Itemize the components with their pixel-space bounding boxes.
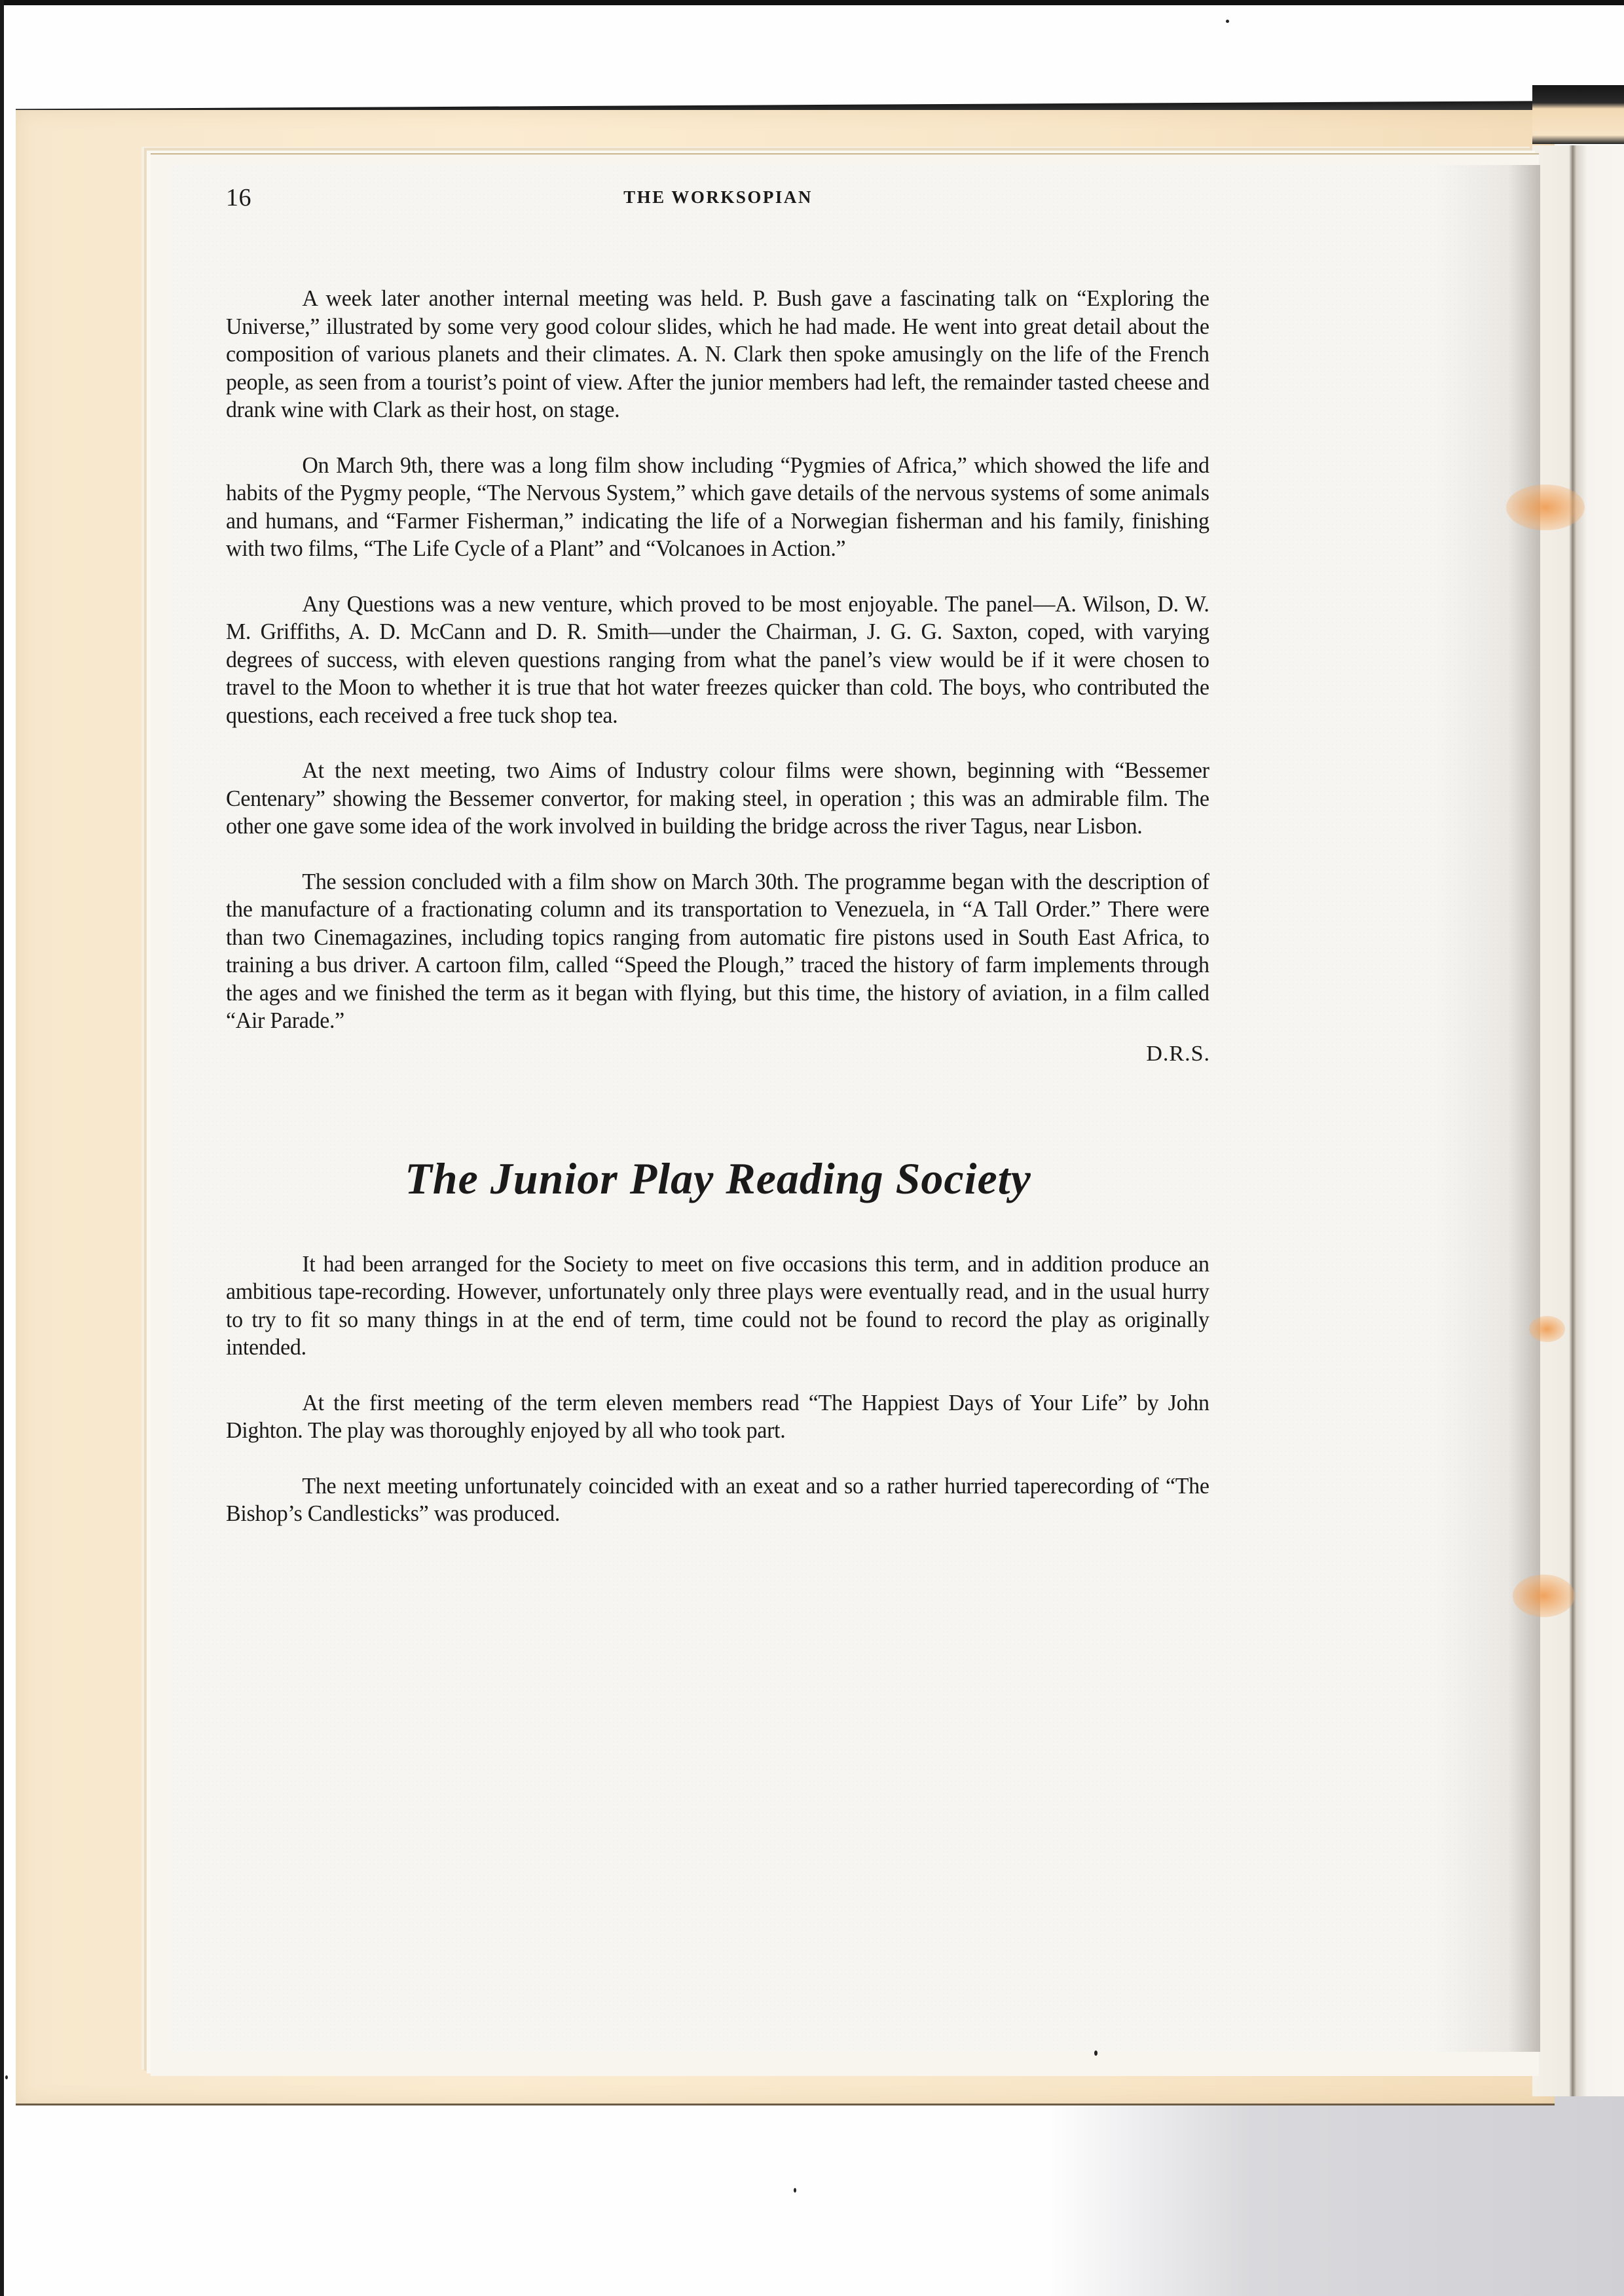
paragraph: It had been arranged for the Society to … bbox=[226, 1250, 1209, 1362]
dust-speck bbox=[794, 2188, 796, 2193]
running-header: 16 THE WORKSOPIAN bbox=[226, 183, 1210, 223]
dust-speck bbox=[1094, 2050, 1098, 2056]
article-film-society: A week later another internal meeting wa… bbox=[226, 285, 1210, 1066]
dust-speck bbox=[5, 2075, 8, 2079]
stain-mark bbox=[1513, 1575, 1575, 1617]
dust-speck bbox=[1226, 20, 1229, 23]
publication-title: THE WORKSOPIAN bbox=[226, 187, 1210, 208]
paragraph: A week later another internal meeting wa… bbox=[226, 285, 1209, 424]
facing-page-edge bbox=[1532, 145, 1624, 2096]
stain-mark bbox=[1529, 1316, 1565, 1342]
author-initials: D.R.S. bbox=[226, 1042, 1210, 1066]
paragraph: The next meeting unfortunately coincided… bbox=[226, 1472, 1209, 1528]
section-heading: The Junior Play Reading Society bbox=[226, 1153, 1210, 1205]
article-play-reading-society: It had been arranged for the Society to … bbox=[226, 1250, 1210, 1528]
stain-mark bbox=[1506, 484, 1585, 530]
scanner-top-edge bbox=[0, 0, 1624, 5]
page-content: 16 THE WORKSOPIAN A week later another i… bbox=[226, 183, 1210, 1556]
paragraph: At the first meeting of the term eleven … bbox=[226, 1389, 1209, 1445]
paragraph: Any Questions was a new venture, which p… bbox=[226, 591, 1209, 730]
paragraph: On March 9th, there was a long film show… bbox=[226, 452, 1209, 563]
gutter-shadow bbox=[1435, 165, 1540, 2052]
cover-right-corner bbox=[1532, 85, 1624, 144]
scanner-left-edge bbox=[0, 0, 4, 2296]
paragraph: The session concluded with a film show o… bbox=[226, 868, 1209, 1035]
paragraph: At the next meeting, two Aims of Industr… bbox=[226, 757, 1209, 841]
